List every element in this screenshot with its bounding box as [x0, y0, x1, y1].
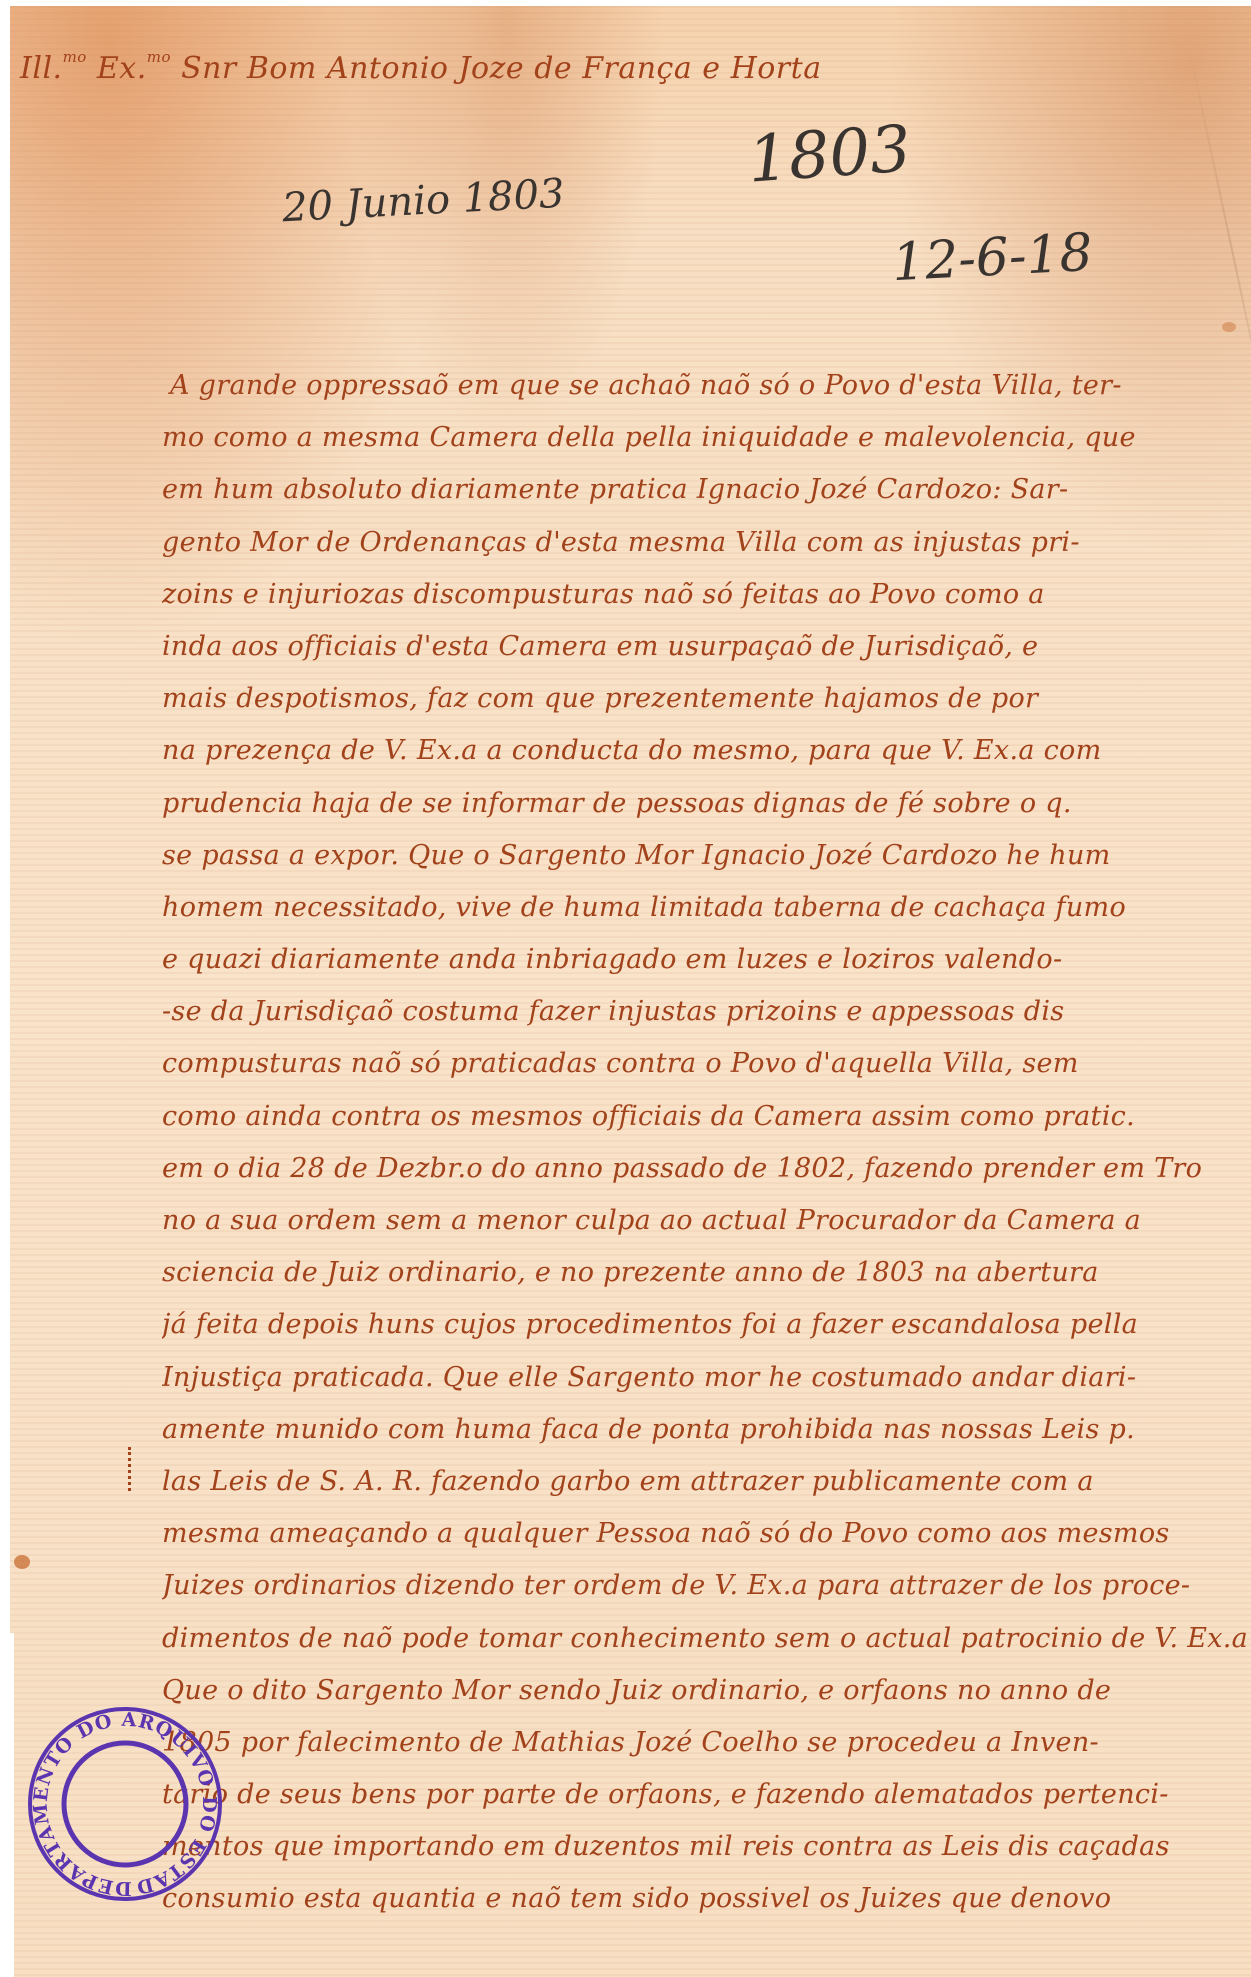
body-line: sciencia de Juiz ordinario, e no prezent…	[162, 1247, 1251, 1299]
ink-stain	[14, 1555, 30, 1569]
body-line: se passa a expor. Que o Sargento Mor Ign…	[162, 830, 1251, 882]
body-line: em o dia 28 de Dezbr.o do anno passado d…	[162, 1143, 1251, 1195]
body-line: A grande oppressaõ em que se achaõ naõ s…	[162, 360, 1251, 412]
margin-mark	[128, 1447, 134, 1491]
body-line: Que o dito Sargento Mor sendo Juiz ordin…	[162, 1665, 1251, 1717]
body-line: em hum absoluto diariamente pratica Igna…	[162, 464, 1251, 516]
letter-body: A grande oppressaõ em que se achaõ naõ s…	[162, 360, 1251, 1926]
page-margin	[0, 1633, 14, 1977]
ink-stain	[1222, 322, 1236, 332]
pencil-reference-code: 12-6-18	[891, 223, 1094, 293]
body-line: inda aos officiais d'esta Camera em usur…	[162, 621, 1251, 673]
archive-stamp: DEPARTAMENTO DO ARQUIVO DO ESTADO - S. P…	[27, 1706, 223, 1902]
body-line: como ainda contra os mesmos officiais da…	[162, 1091, 1251, 1143]
body-line: mo como a mesma Camera della pella iniqu…	[162, 412, 1251, 464]
body-line: mesma ameaçando a qualquer Pessoa naõ só…	[162, 1508, 1251, 1560]
body-line: Injustiça praticada. Que elle Sargento m…	[162, 1352, 1251, 1404]
salutation: Ill.mo Ex.mo Snr Bom Antonio Joze de Fra…	[20, 48, 822, 86]
svg-text:DEPARTAMENTO DO ARQUIVO DO EST: DEPARTAMENTO DO ARQUIVO DO ESTADO - S. P…	[27, 1706, 223, 1902]
body-line: homem necessitado, vive de huma limitada…	[162, 882, 1251, 934]
body-line: 1805 por falecimento de Mathias Jozé Coe…	[162, 1717, 1251, 1769]
body-line: Juizes ordinarios dizendo ter ordem de V…	[162, 1560, 1251, 1612]
body-line: gento Mor de Ordenanças d'esta mesma Vil…	[162, 517, 1251, 569]
body-line: las Leis de S. A. R. fazendo garbo em at…	[162, 1456, 1251, 1508]
body-line: consumio esta quantia e naõ tem sido pos…	[162, 1873, 1251, 1925]
salutation-prefix: Ill.	[20, 51, 63, 86]
pencil-year-note: 1803	[746, 112, 914, 197]
body-line: dimentos de naõ pode tomar conhecimento …	[162, 1613, 1251, 1665]
body-line: amente munido com huma faca de ponta pro…	[162, 1404, 1251, 1456]
body-line: já feita depois huns cujos procedimentos…	[162, 1299, 1251, 1351]
salutation-title: Ex.	[97, 51, 147, 86]
salutation-addressee: Snr Bom Antonio Joze de França e Horta	[181, 51, 822, 86]
body-line: mais despotismos, faz com que prezenteme…	[162, 673, 1251, 725]
body-line: prudencia haja de se informar de pessoas…	[162, 778, 1251, 830]
body-line: compusturas naõ só praticadas contra o P…	[162, 1038, 1251, 1090]
body-line: no a sua ordem sem a menor culpa ao actu…	[162, 1195, 1251, 1247]
body-line: mentos que importando em duzentos mil re…	[162, 1821, 1251, 1873]
stamp-text: DEPARTAMENTO DO ARQUIVO DO ESTADO - S. P…	[27, 1706, 223, 1902]
body-line: na prezença de V. Ex.a a conducta do mes…	[162, 725, 1251, 777]
body-line: e quazi diariamente anda inbriagado em l…	[162, 934, 1251, 986]
body-line: zoins e injuriozas discompusturas naõ só…	[162, 569, 1251, 621]
body-line: tario de seus bens por parte de orfaons,…	[162, 1769, 1251, 1821]
body-line: -se da Jurisdiçaõ costuma fazer injustas…	[162, 986, 1251, 1038]
